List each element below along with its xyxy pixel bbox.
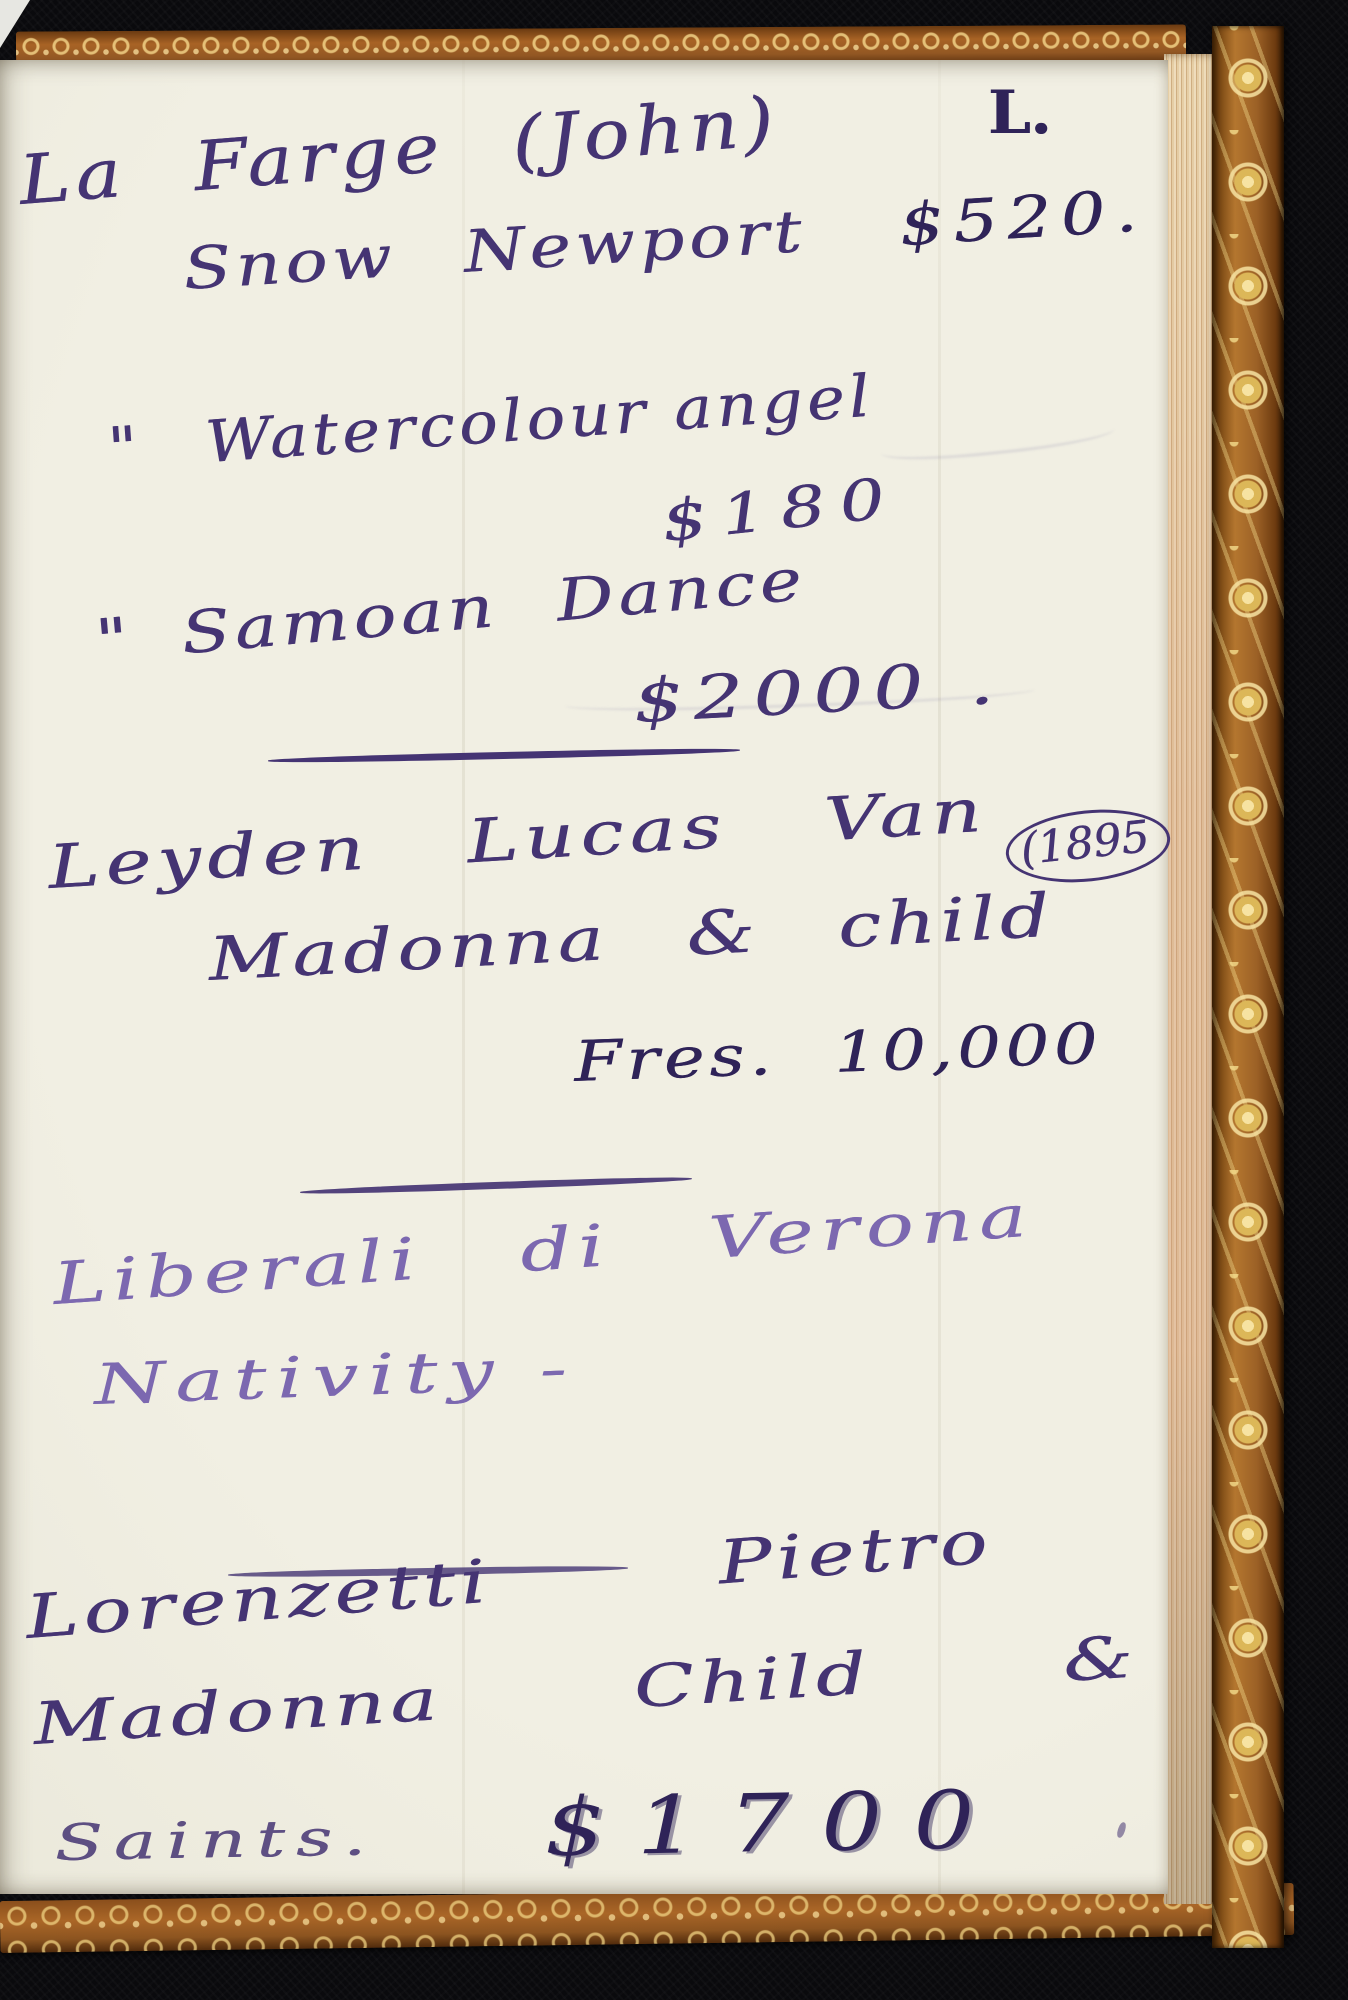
work-price-lorenzetti: $1700 <box>544 1780 1007 1868</box>
work-price-samoan-dance: $2000 . <box>632 653 1005 732</box>
ink-stray-mark <box>1116 1821 1128 1838</box>
page-crease-line <box>938 60 941 1894</box>
work-line-samoan-dance: "Samoan Dance <box>93 550 808 670</box>
work-title: Snow Newport <box>181 197 808 303</box>
year-note: (1895 <box>1002 802 1174 890</box>
book-fore-edge-pages <box>1164 54 1214 1904</box>
artist-name-liberali: Liberali di Verona <box>51 1187 1035 1313</box>
work-title-madonna-child-saints: Madonna Child & <box>31 1628 1139 1753</box>
work-title-madonna-child: Madonna & child <box>207 886 1056 990</box>
artist-name-leyden: Leyden Lucas Van <box>46 781 989 898</box>
work-line-watercolour-angel: "Watercolour angel <box>106 367 875 478</box>
work-title: Samoan Dance <box>178 545 808 667</box>
work-price-madonna-child: Fres. 10,000 <box>573 1017 1103 1091</box>
page-section-label: L. <box>988 78 1051 148</box>
ghost-pencil-mark <box>879 413 1116 466</box>
work-price: $520. <box>898 181 1148 254</box>
artist-name-la-farge: La Farge (John) <box>17 88 782 216</box>
work-title: Watercolour angel <box>203 362 876 477</box>
photo-backdrop: L. La Farge (John) Snow Newport$520. "Wa… <box>0 0 1348 2000</box>
work-title-continued-saints: Saints. <box>54 1812 377 1868</box>
year-note-circled: (1895 <box>1003 813 1172 874</box>
book-gilt-leather-border <box>1212 26 1284 1948</box>
notebook-page: L. La Farge (John) Snow Newport$520. "Wa… <box>0 60 1168 1894</box>
ink-separator-rule <box>300 1175 692 1196</box>
work-line-snow-newport: Snow Newport$520. <box>181 181 1147 298</box>
artist-name-lorenzetti: Lorenzetti Pietro <box>23 1512 994 1648</box>
work-title-nativity: Nativity - <box>93 1341 578 1414</box>
work-price-watercolour-angel: $180 <box>659 470 902 551</box>
ditto-mark: " <box>106 413 144 483</box>
ditto-mark: " <box>93 604 136 675</box>
ink-separator-rule <box>268 747 740 765</box>
